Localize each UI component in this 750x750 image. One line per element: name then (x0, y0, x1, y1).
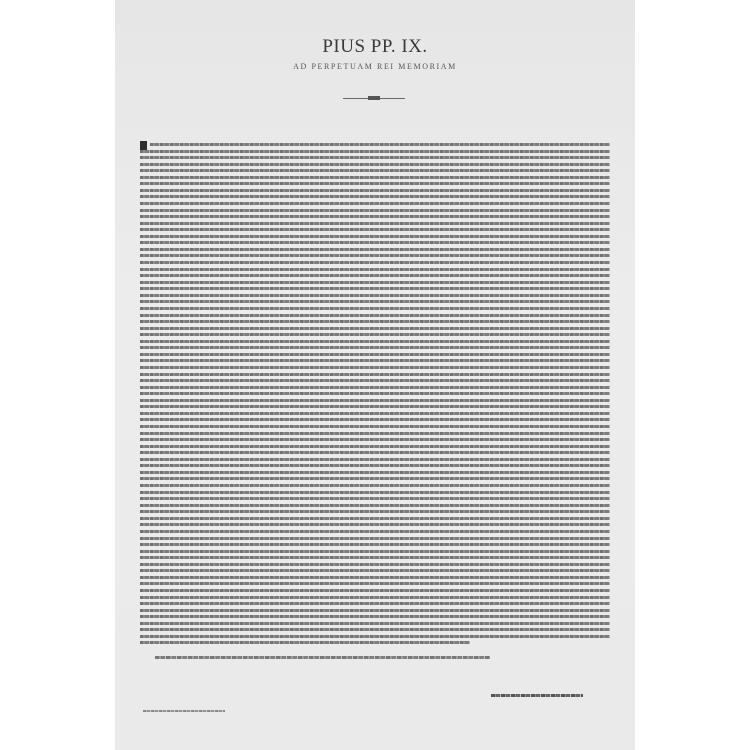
body-text-line (140, 418, 610, 421)
body-text-line (140, 182, 610, 185)
body-text-line (140, 156, 610, 159)
signature-line (491, 694, 583, 697)
body-text-line (140, 432, 610, 435)
body-text-line (140, 189, 610, 192)
body-text-line (140, 274, 610, 277)
body-text-line (140, 458, 610, 461)
body-text-line (150, 143, 610, 146)
body-text-line (140, 641, 470, 644)
body-text-line (140, 346, 610, 349)
closing-line (155, 656, 490, 659)
body-text-line (140, 550, 610, 553)
body-text-line (140, 248, 610, 251)
body-text-line (140, 261, 610, 264)
body-text-line (140, 399, 610, 402)
body-text-line (140, 576, 610, 579)
body-text-line (140, 366, 610, 369)
body-text-line (140, 471, 610, 474)
body-text-line (140, 215, 610, 218)
body-text-line (140, 477, 610, 480)
body-text-line (140, 268, 610, 271)
body-text-line (140, 287, 610, 290)
body-text-line (140, 530, 610, 533)
body-text-line (140, 609, 610, 612)
body-text-line (140, 425, 610, 428)
body-text-line (140, 628, 610, 631)
body-text-line (140, 202, 610, 205)
body-text-line (140, 517, 610, 520)
body-text-line (140, 294, 610, 297)
body-text-line (140, 150, 610, 153)
body-text-line (140, 438, 610, 441)
body-text-line (140, 563, 610, 566)
body-text-line (140, 510, 610, 513)
body-text-line (140, 556, 610, 559)
body-text-line (140, 163, 610, 166)
body-text-line (140, 491, 610, 494)
body-text-line (140, 451, 610, 454)
document-title: PIUS PP. IX. (115, 36, 635, 58)
body-text-line (140, 445, 610, 448)
body-text-line (140, 582, 610, 585)
body-text-line (140, 464, 610, 467)
body-text-line (140, 222, 610, 225)
body-text-line (140, 504, 610, 507)
document-subtitle: AD PERPETUAM REI MEMORIAM (115, 62, 635, 71)
body-text-line (140, 320, 610, 323)
body-text-line (140, 195, 610, 198)
body-text-line (140, 379, 610, 382)
body-text-line (140, 386, 610, 389)
ornament-divider-icon (343, 96, 405, 100)
body-text-line (140, 333, 610, 336)
body-text-line (140, 405, 610, 408)
body-text-line (140, 484, 610, 487)
document-page: PIUS PP. IX. AD PERPETUAM REI MEMORIAM (115, 0, 635, 750)
body-text-line (140, 497, 610, 500)
body-text-line (140, 602, 610, 605)
body-text-line (140, 228, 610, 231)
body-text-line (140, 307, 610, 310)
body-text-line (140, 254, 610, 257)
body-text-line (140, 543, 610, 546)
body-text-line (140, 169, 610, 172)
body-text-line (140, 622, 610, 625)
body-text-line (140, 209, 610, 212)
ornament-knot (368, 96, 380, 100)
body-text-line (140, 314, 610, 317)
body-text-line (140, 300, 610, 303)
body-text-line (140, 281, 610, 284)
printer-footnote (143, 710, 225, 712)
body-text-line (140, 353, 610, 356)
body-text-line (140, 537, 610, 540)
body-text-line (140, 412, 610, 415)
body-text-line (140, 596, 610, 599)
body-text-line (140, 523, 610, 526)
body-text-block (140, 141, 610, 646)
body-text-line (140, 235, 610, 238)
body-text-line (140, 589, 610, 592)
body-text-line (140, 176, 610, 179)
body-text-line (140, 340, 610, 343)
body-text-line (140, 392, 610, 395)
body-text-line (140, 635, 610, 638)
body-text-line (140, 359, 610, 362)
body-text-line (140, 569, 610, 572)
body-text-line (140, 373, 610, 376)
body-text-line (140, 327, 610, 330)
body-text-line (140, 241, 610, 244)
body-text-line (140, 615, 610, 618)
